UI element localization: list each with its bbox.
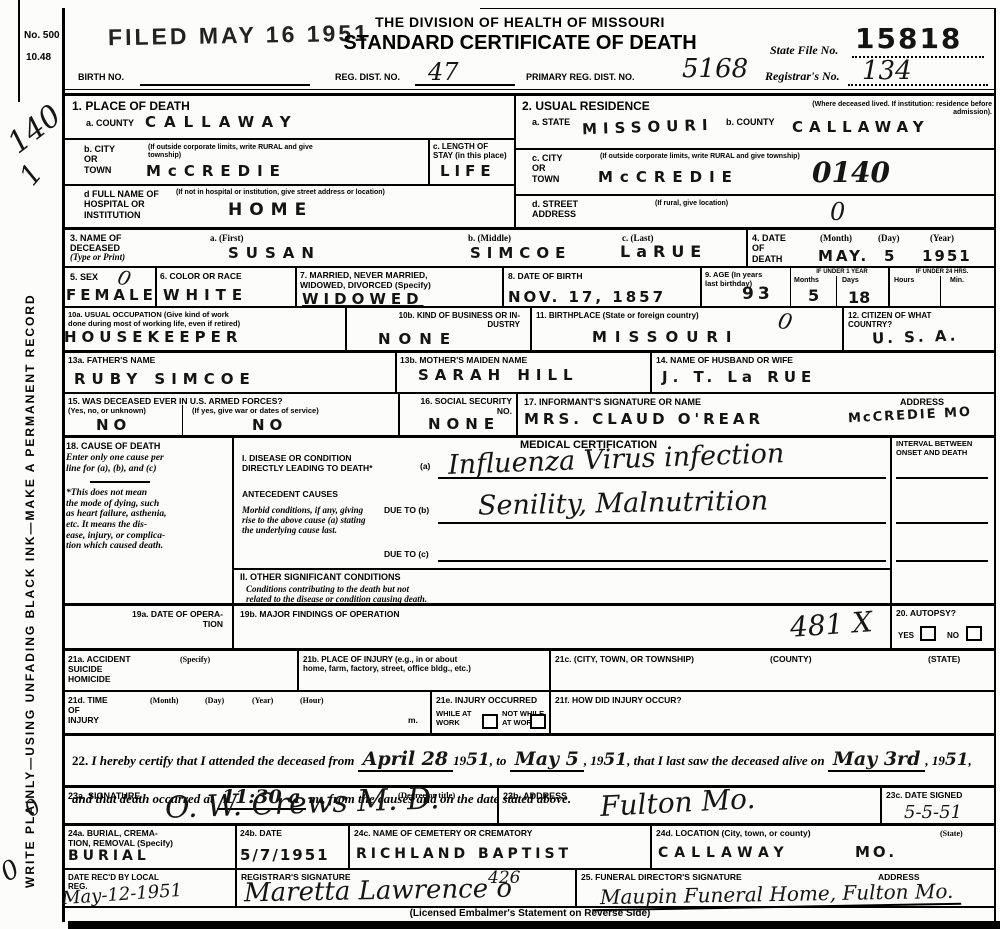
divider (430, 692, 432, 733)
birthplace-value: MISSOURI (592, 328, 740, 346)
operation-findings-value: 481 X (789, 605, 873, 644)
rule (896, 560, 988, 562)
pod-stay-label: c. LENGTH OF STAY (in this place) (433, 142, 507, 160)
cemetery-label: 24c. NAME OF CEMETERY OR CREMATORY (354, 829, 532, 839)
due-to-b-label: DUE TO (b) (384, 506, 429, 516)
burial-label: 24a. BURIAL, CREMA- TION, REMOVAL (Speci… (68, 829, 173, 849)
autopsy-no-label: NO (947, 631, 959, 640)
divider (790, 268, 791, 308)
injury-occurred-label: 21e. INJURY OCCURRED (436, 696, 537, 706)
rule (62, 266, 996, 268)
death-month-value: MAY. (818, 247, 869, 265)
armed-forces-note2: (If yes, give war or dates of service) (192, 407, 319, 415)
state-file-label: State File No. (770, 44, 838, 57)
divider (348, 826, 350, 868)
reg-dist-value: 47 (428, 58, 459, 86)
rule (62, 89, 996, 90)
reg-dist-line (415, 84, 515, 86)
cause-label: 18. CAUSE OF DEATH (66, 441, 160, 451)
birthplace-flourish: 0 (776, 309, 795, 336)
primary-reg-label: PRIMARY REG. DIST. NO. (526, 72, 635, 82)
age-hours-label: Hours (894, 277, 914, 285)
funeral-director-label: 25. FUNERAL DIRECTOR'S SIGNATURE (581, 873, 742, 883)
informant-name-value: MRS. CLAUD O'REAR (524, 410, 764, 428)
certify-t-to: , to (490, 753, 507, 768)
ur-county-label: b. COUNTY (726, 117, 775, 127)
margin-rule (18, 0, 20, 102)
divider (514, 96, 516, 228)
ssn-label: 16. SOCIAL SECURITY NO. (404, 397, 512, 417)
margin-zero-b: 0 (0, 854, 25, 888)
death-year-label: (Year) (930, 233, 954, 243)
divider (746, 230, 748, 268)
other-conditions-note: Conditions contributing to the death but… (246, 584, 427, 604)
location-state-label: (State) (940, 829, 963, 838)
divider (575, 870, 577, 906)
pod-city-label: b. CITY OR TOWN (84, 144, 115, 175)
certify-19c: , 19 (925, 753, 945, 768)
divider (890, 606, 892, 648)
rule (62, 868, 996, 870)
certify-19a: 19 (453, 753, 466, 768)
rule (514, 194, 996, 196)
divider (395, 353, 397, 392)
divider (295, 268, 297, 308)
occupation-value: HOUSEKEEPER (64, 328, 242, 346)
occupation-label: 10a. USUAL OCCUPATION (Give kind of work… (68, 311, 240, 328)
age-years-value: 93 (742, 284, 774, 304)
divider (428, 138, 430, 184)
cause-b-value: Senility, Malnutrition (478, 485, 769, 521)
rule (896, 522, 988, 524)
rule (62, 733, 996, 736)
death-certificate-scan: No. 500 10.48 140 1 WRITE PLAINLY—USING … (0, 0, 1000, 929)
age-months-label: Months (794, 277, 819, 285)
cause-a-value: Influenza Virus infection (448, 438, 785, 481)
injury-type-label: 21a. ACCIDENT SUICIDE HOMICIDE (68, 655, 131, 684)
father-label: 13a. FATHER'S NAME (68, 356, 155, 366)
rule (62, 690, 996, 692)
ur-county-value: CALLAWAY (792, 118, 930, 136)
spouse-value: J. T. La RUE (662, 368, 816, 386)
date-signed-value: 5-5-51 (898, 802, 968, 825)
morbid-note: Morbid conditions, if any, giving rise t… (242, 505, 366, 535)
injury-time-day-label: (Day) (205, 696, 224, 705)
rule (62, 227, 996, 230)
name-label: 3. NAME OF DECEASED (70, 233, 122, 254)
injury-time-m-label: m. (408, 716, 418, 726)
name-middle-label: b. (Middle) (468, 233, 511, 243)
certificate-title: STANDARD CERTIFICATE OF DEATH (320, 32, 720, 55)
divider (549, 692, 551, 733)
address-label: 23b. ADDRESS (503, 791, 567, 801)
rule (62, 435, 996, 438)
divider (497, 788, 499, 823)
pod-county-value: CALLAWAY (145, 113, 299, 131)
informant-label: 17. INFORMANT'S SIGNATURE OR NAME (524, 397, 701, 407)
certify-hw-from: April 28 (358, 748, 454, 772)
injury-loc-county-label: (COUNTY) (770, 655, 812, 665)
registrar-no-value: 134 (862, 56, 912, 86)
disease-a-label: (a) (420, 462, 430, 472)
degree-title-label: (Degree or title) (398, 791, 455, 801)
other-conditions-label: II. OTHER SIGNIFICANT CONDITIONS (240, 572, 401, 582)
age-days-value: 18 (848, 288, 870, 307)
armed-forces-note1: (Yes, no, or unknown) (68, 407, 146, 415)
divider (650, 826, 652, 868)
state-file-value: 15818 (855, 22, 962, 55)
injury-not-while-checkbox (530, 714, 546, 729)
certify-19b: , 19 (584, 753, 604, 768)
divider (842, 308, 844, 352)
registrar-no-label: Registrar's No. (765, 70, 840, 83)
rule (62, 648, 996, 651)
age-under1-label: IF UNDER 1 YEAR (792, 269, 892, 276)
pod-city-note: (If outside corporate limits, write RURA… (148, 144, 388, 160)
rule (438, 522, 886, 524)
age-months-value: 5 (808, 286, 819, 305)
informant-address-value: McCREDIE MO (848, 405, 973, 426)
divider (836, 276, 837, 308)
marital-label: 7. MARRIED, NEVER MARRIED, WIDOWED, DIVO… (300, 271, 431, 291)
burial-value: BURIAL (68, 848, 150, 864)
cause-note1: Enter only one cause per line for (a), (… (66, 453, 164, 474)
divider (890, 438, 892, 603)
autopsy-yes-label: YES (898, 631, 914, 640)
location-value: CALLAWAY (658, 845, 790, 861)
injury-while-checkbox (482, 714, 498, 729)
rule (438, 560, 886, 562)
name-first-label: a. (First) (210, 233, 244, 243)
address-value: Fulton Mo. (599, 782, 756, 823)
sex-label: 5. SEX (70, 272, 98, 282)
ur-city-value: McCREDIE (598, 168, 739, 186)
pod-stay-value: LIFE (440, 162, 496, 180)
injury-time-month-label: (Month) (150, 696, 178, 705)
interval-label: INTERVAL BETWEEN ONSET AND DEATH (896, 440, 972, 457)
rule (62, 93, 996, 96)
autopsy-label: 20. AUTOPSY? (896, 609, 956, 619)
divider (235, 870, 237, 906)
divider (182, 405, 183, 437)
injury-while-label: WHILE AT WORK (436, 710, 471, 727)
burial-date-value: 5/7/1951 (240, 846, 330, 864)
divider (888, 268, 890, 308)
pod-hospital-value: HOME (228, 200, 313, 220)
form-number: No. 500 (24, 30, 60, 42)
death-month-label: (Month) (820, 233, 852, 243)
mother-value: SARAH HILL (418, 366, 579, 384)
birth-no-label: BIRTH NO. (78, 72, 124, 82)
divider (297, 651, 299, 690)
division-title: THE DIVISION OF HEALTH OF MISSOURI (340, 14, 700, 30)
death-date-label: 4. DATE OF DEATH (752, 233, 786, 264)
operation-findings-label: 19b. MAJOR FINDINGS OF OPERATION (240, 610, 399, 620)
divider (700, 268, 702, 308)
cemetery-value: RICHLAND BAPTIST (356, 846, 572, 862)
injury-time-hour-label: (Hour) (300, 696, 324, 705)
spouse-label: 14. NAME OF HUSBAND OR WIFE (656, 356, 793, 366)
autopsy-yes-checkbox (920, 626, 936, 641)
place-of-death-title: 1. PLACE OF DEATH (72, 100, 190, 114)
ur-street-value: 0 (830, 198, 845, 226)
divider (232, 606, 234, 648)
rule (90, 481, 150, 483)
bottom-scan-bar (68, 921, 1000, 929)
name-last-value: LaRUE (620, 242, 707, 261)
pod-hospital-label: d FULL NAME OF HOSPITAL OR INSTITUTION (84, 189, 159, 220)
operation-date-label: 19a. DATE OF OPERA- TION (68, 610, 223, 630)
divider (530, 308, 532, 352)
rule (232, 568, 890, 570)
disease-label: I. DISEASE OR CONDITION DIRECTLY LEADING… (242, 454, 373, 474)
form-top-border (480, 8, 996, 9)
armed-forces-value2: NO (252, 416, 287, 434)
divider (516, 394, 518, 437)
name-first-value: SUSAN (228, 244, 321, 262)
citizen-label: 12. CITIZEN OF WHAT COUNTRY? (848, 311, 931, 329)
ur-city-label: c. CITY OR TOWN (532, 153, 563, 184)
birth-date-label: 8. DATE OF BIRTH (508, 272, 582, 282)
ur-state-label: a. STATE (532, 117, 570, 127)
armed-forces-value1: NO (96, 416, 131, 434)
mother-label: 13b. MOTHER'S MAIDEN NAME (400, 356, 527, 366)
age-days-label: Days (842, 277, 859, 285)
margin-vertical-note: WRITE PLAINLY—USING UNFADING BLACK INK—M… (24, 132, 38, 888)
certify-no: 22. (72, 753, 88, 768)
rule (438, 477, 886, 479)
injury-place-label: 21b. PLACE OF INJURY (e.g., in or about … (303, 655, 471, 673)
ur-street-label: d. STREET ADDRESS (532, 199, 578, 220)
certify-t-last: , that I last saw the deceased (627, 753, 779, 768)
divider (235, 826, 237, 868)
death-year-value: 1951 (922, 247, 972, 265)
ur-city-extra: 0140 (812, 156, 890, 189)
date-signed-label: 23c. DATE SIGNED (886, 791, 962, 801)
ur-title-note: (Where deceased lived. If institution: r… (652, 101, 992, 117)
divider (880, 788, 882, 823)
signature-label: 23a. SIGNATURE (68, 791, 140, 801)
ur-state-value: MISSOURI (582, 116, 714, 139)
ur-street-note: (If rural, give location) (655, 200, 728, 208)
form-code: 10.48 (26, 52, 51, 64)
rule (62, 138, 514, 140)
pod-hospital-note: (If not in hospital or institution, give… (176, 189, 506, 197)
antecedent-label: ANTECEDENT CAUSES (242, 490, 338, 500)
birthplace-label: 11. BIRTHPLACE (State or foreign country… (536, 311, 699, 320)
location-label: 24d. LOCATION (City, town, or county) (656, 829, 811, 839)
sex-value: FEMALE (66, 286, 157, 304)
rule (896, 477, 988, 479)
race-label: 6. COLOR OR RACE (160, 272, 242, 282)
rule (62, 306, 996, 308)
reg-dist-label: REG. DIST. NO. (335, 72, 400, 82)
injury-time-label: 21d. TIME OF INJURY (68, 696, 108, 725)
death-day-value: 5 (884, 247, 894, 265)
certify-hw-y1: 51 (466, 750, 490, 770)
death-day-label: (Day) (878, 233, 900, 243)
divider (345, 308, 347, 352)
divider (549, 651, 551, 690)
rule (514, 148, 996, 150)
divider (940, 276, 941, 308)
birth-date-value: NOV. 17, 1857 (508, 288, 666, 306)
divider (650, 353, 652, 392)
rule (62, 823, 996, 826)
certify-hw-y3: 51 (945, 750, 969, 770)
age-min-label: Min. (950, 277, 964, 285)
pod-city-value: McCREDIE (146, 162, 287, 180)
divider (232, 438, 234, 603)
rule (62, 184, 514, 186)
injury-how-label: 21f. HOW DID INJURY OCCUR? (555, 696, 682, 706)
birth-no-line (140, 84, 310, 86)
injury-type-note: (Specify) (180, 655, 210, 664)
divider (502, 268, 504, 308)
rule (62, 350, 996, 353)
certify-t-alive: alive on (782, 753, 824, 768)
primary-reg-value: 5168 (682, 54, 748, 84)
burial-date-label: 24b. DATE (240, 829, 282, 839)
certify-hw-to: May 5 (510, 748, 584, 772)
usual-residence-title: 2. USUAL RESIDENCE (522, 100, 650, 114)
age-under24-label: IF UNDER 24 HRS. (892, 269, 992, 276)
injury-loc-label: 21c. (CITY, TOWN, OR TOWNSHIP) (555, 655, 694, 665)
registrar-signature-value: Maretta Lawrence o (244, 874, 513, 909)
father-value: RUBY SIMCOE (74, 370, 256, 388)
rule (62, 785, 996, 788)
embalmer-note: (Licensed Embalmer's Statement on Revers… (300, 908, 760, 919)
citizen-value: U. S. A. (872, 326, 959, 347)
name-sub: (Type or Print) (70, 252, 125, 262)
certify-t1: I hereby certify that I attended the dec… (92, 753, 355, 768)
location-state-value: MO. (855, 843, 897, 861)
due-to-c-label: DUE TO (c) (384, 550, 429, 560)
injury-loc-state-label: (STATE) (928, 655, 960, 665)
autopsy-no-checkbox (966, 626, 982, 641)
rule (62, 392, 996, 394)
name-middle-value: SIMCOE (470, 244, 571, 262)
ssn-value: NONE (428, 415, 500, 433)
cause-note2: *This does not mean the mode of dying, s… (66, 488, 167, 552)
business-value: NONE (378, 330, 458, 348)
race-value: WHITE (163, 286, 248, 304)
divider (398, 394, 400, 437)
injury-time-year-label: (Year) (252, 696, 273, 705)
certify-hw-y2: 51 (603, 750, 627, 770)
business-label: 10b. KIND OF BUSINESS OR IN- DUSTRY (350, 311, 520, 329)
certify-hw-alive: May 3rd (828, 748, 926, 772)
pod-county-label: a. COUNTY (86, 118, 134, 128)
